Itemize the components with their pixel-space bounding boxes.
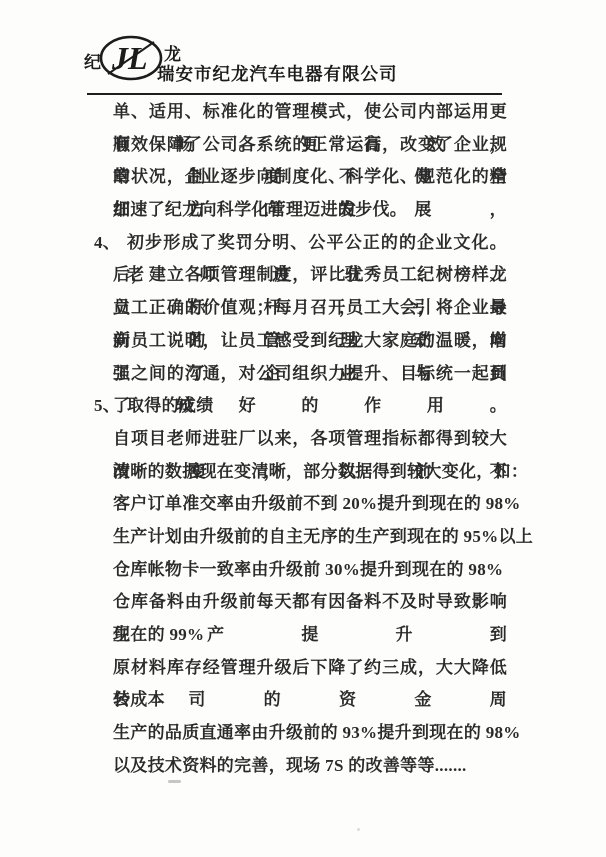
text-line: 仓库备料由升级前每天都有因备料不及时导致影响生产提升到 <box>0 586 606 619</box>
text-line: 清晰的数据现在变清晰，部分数据得到较大变化，如： <box>0 456 606 489</box>
company-name: 瑞安市纪龙汽车电器有限公司 <box>157 61 398 86</box>
text-line: 转成本 <box>0 684 606 717</box>
text-line: 现在的 99% <box>0 619 606 652</box>
text-line: 单、适用、标准化的管理模式，使公司内部运用更顺畅。更高效， <box>0 96 606 129</box>
text-line: 仓库帐物卡一致率由升级前 30%提升到现在的 98% <box>0 554 606 587</box>
text-line: 加速了纪龙向科学化管理迈进的步伐。 <box>0 194 606 227</box>
text-line-content: 生产的品质直通率由升级前的 93%提升到现在的 98% <box>113 717 507 750</box>
text-line: 生产计划由升级前的自主无序的生产到现在的 95%以上 <box>0 521 606 554</box>
list-item-number: 4、 <box>94 227 120 260</box>
list-item-number: 5、 <box>94 390 120 423</box>
list-item-5: 5、 取得的成绩 <box>0 390 606 423</box>
text-line-content: 现在的 99% <box>113 619 507 652</box>
text-line-content: 转成本 <box>113 684 507 717</box>
scan-artifact <box>357 828 360 831</box>
section-title: 取得的成绩 <box>127 390 507 423</box>
text-line: 后，建立各项管理制度，评比优秀员工、树榜样、立标杆，引导 <box>0 259 606 292</box>
text-line: 的状况，企业逐步向制度化、科学化、规范化的精细方向发展， <box>0 161 606 194</box>
text-line-content: 生产计划由升级前的自主无序的生产到现在的 95%以上 <box>113 521 507 554</box>
list-item-4: 4、 初步形成了奖罚分明、公平公正的的企业文化。老师进驻纪龙 <box>0 227 606 260</box>
header-divider <box>87 93 502 95</box>
text-line-content: 清晰的数据现在变清晰，部分数据得到较大变化，如： <box>113 456 507 489</box>
scan-artifact <box>168 780 181 783</box>
text-line: 员工正确的价值观；每月召开员工大会，将企业最新的管理动向 <box>0 292 606 325</box>
text-line-content: 仓库帐物卡一致率由升级前 30%提升到现在的 98% <box>113 554 507 587</box>
text-line: 生产的品质直通率由升级前的 93%提升到现在的 98% <box>0 717 606 750</box>
logo-jl-monogram-icon: JL <box>98 34 164 82</box>
text-line: 客户订单准交率由升级前不到 20%提升到现在的 98% <box>0 488 606 521</box>
text-line-content: 以及技术资料的完善，现场 7S 的改善等等....... <box>113 750 507 783</box>
scanned-document-page: 纪 JL 龙 瑞安市纪龙汽车电器有限公司 单、适用、标准化的管理模式，使公司内部… <box>0 0 606 857</box>
text-line-content: 加速了纪龙向科学化管理迈进的步伐。 <box>113 194 507 227</box>
text-line: 向员工说明，让员工感受到纪龙大家庭的温暖，增强了企业与员 <box>0 325 606 358</box>
document-body: 单、适用、标准化的管理模式，使公司内部运用更顺畅。更高效， 有效保障了公司各系统… <box>0 96 606 782</box>
text-line: 原材料库存经管理升级后下降了约三成，大大降低公司的资金周 <box>0 652 606 685</box>
text-line: 有效保障了公司各系统的正常运行，改变了企业规章制度不健全 <box>0 129 606 162</box>
text-line: 工之间的沟通，对公司组织力提升、目标统一起到了较好的作用。 <box>0 358 606 391</box>
text-line-content: 客户订单准交率由升级前不到 20%提升到现在的 98% <box>113 488 507 521</box>
text-line: 自项目老师进驻厂以来，各项管理指标都得到较大改变，以前不 <box>0 423 606 456</box>
text-line: 以及技术资料的完善，现场 7S 的改善等等....... <box>0 750 606 783</box>
